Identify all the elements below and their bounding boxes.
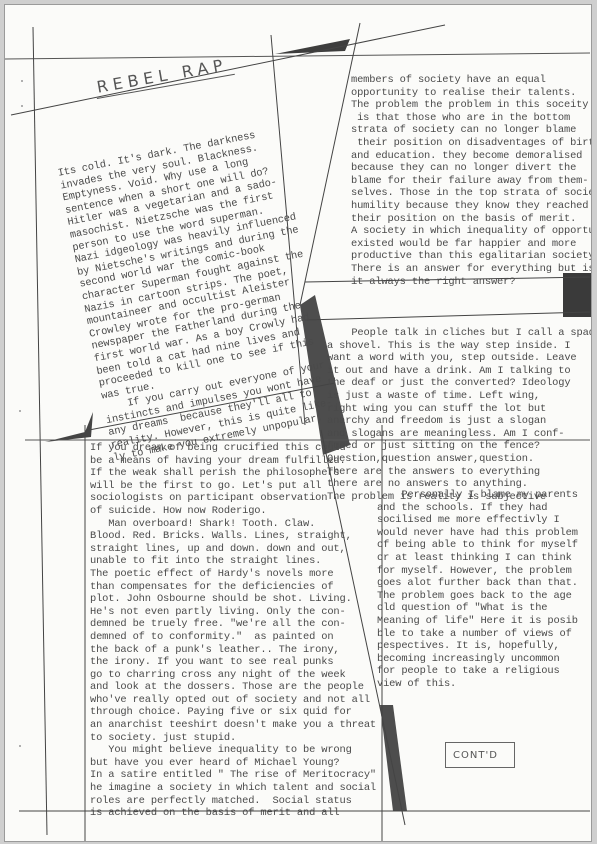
- text-line: He's not even partly living. Only the co…: [90, 606, 376, 619]
- text-line: If the weak shall perish the philosopher…: [90, 467, 376, 480]
- text-line: for people to take a religious: [377, 665, 578, 678]
- text-line: unable to fit into the straight lines.: [90, 555, 376, 568]
- text-line: would never have had this problem: [377, 527, 578, 540]
- text-line: is achieved on the basis of merit and al…: [90, 807, 376, 820]
- text-line: will be the first to go. Let's put all: [90, 480, 376, 493]
- text-line: old question of "What is the: [377, 602, 578, 615]
- shaded-strip-bottom: [380, 705, 407, 811]
- text-line: than compensates for the deficiencies of: [90, 581, 376, 594]
- text-line: the irony. If you want to see real punks: [90, 656, 376, 669]
- text-line: The problem the problem in this soceity: [351, 99, 592, 112]
- text-line: the deaf or just the converted? Ideology: [327, 377, 592, 390]
- text-line: their position on disadventages of birth: [351, 137, 592, 150]
- text-line: existed would be far happier and more: [351, 238, 592, 251]
- text-line: and education. they become demoralised: [351, 150, 592, 163]
- text-line: You might believe inequality to be wrong: [90, 744, 376, 757]
- text-line: it out and have a drink. Am I talking to: [327, 365, 592, 378]
- text-line: goes alot further back than that.: [377, 577, 578, 590]
- speck: [21, 105, 23, 107]
- text-line: be a means of having your dream fulfille…: [90, 455, 376, 468]
- text-line: an anarchist teeshirt doesn't make you a…: [90, 719, 376, 732]
- continued-box: CONT'D: [445, 742, 515, 768]
- speck: [19, 410, 21, 412]
- text-line: humility because they know they reached: [351, 200, 592, 213]
- text-line: and the schools. If they had: [377, 502, 578, 515]
- text-line: view of this.: [377, 678, 578, 691]
- text-line: to society. just stupid.: [90, 732, 376, 745]
- text-line: for myself. However, the problem: [377, 565, 578, 578]
- text-line: want a word with you, step outside. Leav…: [327, 352, 592, 365]
- text-line: becoming increasingly uncommon: [377, 653, 578, 666]
- speck: [21, 80, 23, 82]
- text-line: he imagine a society in which talent and…: [90, 782, 376, 795]
- text-block-right-lower: Personally I blame my parentsand the sch…: [377, 489, 578, 691]
- text-line: is just a waste of time. Left wing,: [327, 390, 592, 403]
- text-line: through choice. Paying five or six quid …: [90, 706, 376, 719]
- text-line: is that those who are in the bottom: [351, 112, 592, 125]
- text-line: selves. Those in the top strata of socie…: [351, 187, 592, 200]
- text-line: Personally I blame my parents: [377, 489, 578, 502]
- text-line: or at least thinking I can think: [377, 552, 578, 565]
- text-line: plot. John Osbourne should be shot. Livi…: [90, 593, 376, 606]
- text-line: their position on the basis of merit.: [351, 213, 592, 226]
- text-line: There is an answer for everything but is: [351, 263, 592, 276]
- text-line: because they can no longer divert the: [351, 162, 592, 175]
- text-line: the back of a punk's leather.. The irony…: [90, 644, 376, 657]
- shaded-wedge-left: [45, 412, 93, 442]
- text-line: productive than this egalitarian society…: [351, 250, 592, 263]
- text-line: The poetic effect of Hardy's novels more: [90, 568, 376, 581]
- text-line: members of society have an equal: [351, 74, 592, 87]
- text-line: Man overboard! Shark! Tooth. Claw.: [90, 518, 376, 531]
- text-block-right-top: members of society have an equalopportun…: [351, 74, 592, 288]
- text-line: right wing you can stuff the lot but: [327, 403, 592, 416]
- speck: [19, 745, 21, 747]
- text-line: pespectives. It is, hopefully,: [377, 640, 578, 653]
- text-line: The problem goes back to the age: [377, 590, 578, 603]
- text-line: and slogans are meaningless. Am I conf-: [327, 428, 592, 441]
- text-line: socilised me more effectivly I: [377, 514, 578, 527]
- text-line: If you dream of being crucified this cou…: [90, 442, 376, 455]
- shaded-wedge-top: [275, 39, 350, 54]
- text-line: of being able to think for myself: [377, 539, 578, 552]
- text-line: opportunity to realise their talents.: [351, 87, 592, 100]
- text-line: straight lines, up and down. down and ou…: [90, 543, 376, 556]
- text-line: Blood. Red. Bricks. Walls. Lines, straig…: [90, 530, 376, 543]
- text-line: roles are perfectly matched. Social stat…: [90, 795, 376, 808]
- text-block-left-lower: If you dream of being crucified this cou…: [90, 442, 376, 820]
- text-line: demned of to conformity." as painted on: [90, 631, 376, 644]
- text-line: of suicide. How now Roderigo.: [90, 505, 376, 518]
- text-line: who've really opted out of society and n…: [90, 694, 376, 707]
- text-line: A society in which inequality of opportu…: [351, 225, 592, 238]
- text-line: strata of society can no longer blame: [351, 124, 592, 137]
- text-line: but have you ever heard of Michael Young…: [90, 757, 376, 770]
- text-line: blame for their failure away from them-: [351, 175, 592, 188]
- text-line: go to charring cross any night of the we…: [90, 669, 376, 682]
- text-line: demned be truely free. "we're all the co…: [90, 618, 376, 631]
- text-line: and look at the dossers. Those are the p…: [90, 681, 376, 694]
- text-line: In a satire entitled " The rise of Merit…: [90, 769, 376, 782]
- text-line: it always the right answer?: [351, 276, 592, 289]
- zine-page: REBEL RAP Its cold. It's dark. The darkn…: [4, 4, 592, 842]
- text-line: People talk in cliches but I call a spad…: [327, 327, 592, 340]
- text-line: Meaning of life" Here it is posib: [377, 615, 578, 628]
- text-line: sociologists on participant observation: [90, 492, 376, 505]
- text-line: ble to take a number of views of: [377, 628, 578, 641]
- text-line: a shovel. This is the way step inside. I: [327, 340, 592, 353]
- text-line: anarchy and freedom is just a slogan: [327, 415, 592, 428]
